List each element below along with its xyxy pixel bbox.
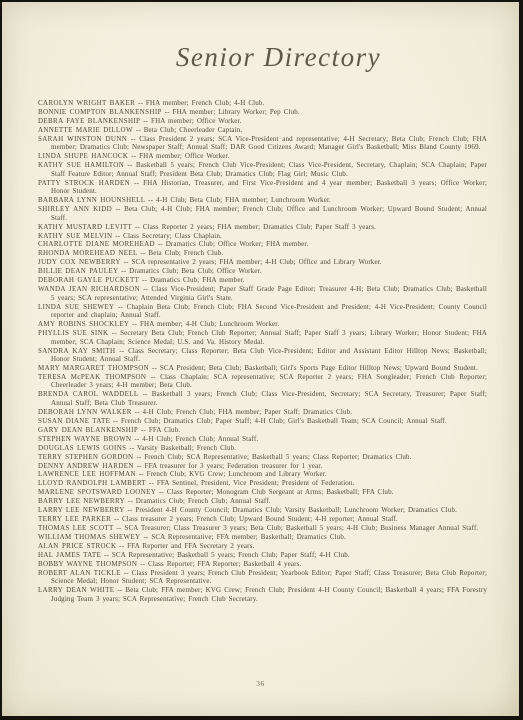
entry-separator: -- [133, 453, 144, 461]
directory-entry: PATTY STROCK HARDEN -- FHA Historian, Tr… [38, 179, 487, 196]
student-name: DEBORAH GAYLE PUCKETT [38, 276, 139, 284]
entry-separator: -- [114, 586, 125, 594]
directory-entry: ANNETTE MARIE DILLOW -- Beta Club; Cheer… [38, 126, 487, 135]
directory-entry: LARRY LEE NEWBERRY -- President 4-H Coun… [38, 506, 487, 515]
directory-entry: BOBBY WAYNE THOMPSON -- Class Reporter; … [38, 560, 487, 569]
directory-entry: SHIRLEY ANN KIDD -- Beta Club; 4-H Club;… [38, 205, 487, 222]
student-activities: 4-H Club; French Club; FHA member; Paper… [143, 408, 353, 416]
entry-separator: -- [124, 161, 136, 169]
directory-entry: DEBORAH LYNN WALKER -- 4-H Club; French … [38, 408, 487, 417]
student-activities: FFA Reporter and FFA Secretary 2 years. [127, 542, 254, 550]
entry-separator: -- [115, 347, 128, 355]
entry-separator: -- [114, 303, 126, 311]
directory-entry: KATHY MUSTARD LEVITT -- Class Reporter 2… [38, 223, 487, 232]
student-activities: FFA treasurer for 3 years; Federation tr… [145, 462, 323, 470]
student-name: DOUGLAS LEWIS GOINS [38, 444, 126, 452]
student-name: RHONDA MOREHEAD NEEL [38, 249, 138, 257]
entry-separator: -- [134, 462, 145, 470]
student-activities: FHA member; 4-H Club; Lunchroom Worker. [140, 320, 279, 328]
student-name: TERESA McPEAK THOMPSON [38, 373, 146, 381]
student-name: SHIRLEY ANN KIDD [38, 205, 112, 213]
student-activities: Class treasurer 2 years; French Club; Up… [122, 515, 398, 523]
student-name: WANDA JEAN RICHARDSON [38, 285, 140, 293]
entry-separator: -- [140, 117, 151, 125]
student-activities: French Club; KVG Crew; Lunchroom and Lib… [147, 470, 327, 478]
entry-separator: -- [101, 551, 112, 559]
entry-separator: -- [135, 99, 146, 107]
student-activities: Class Secretary; Class Chaplain. [123, 232, 222, 240]
student-activities: Dramatics Club; Office Worker; FHA membe… [166, 240, 309, 248]
entry-separator: -- [127, 135, 139, 143]
directory-entry: DEBRA FAYE BLANKENSHIP -- FHA member; Of… [38, 117, 487, 126]
student-activities: Varsity Basketball; French Club. [137, 444, 236, 452]
page-title: Senior Directory [20, 42, 523, 73]
directory-entry: BARBARA LYNN HOUNSHELL -- 4-H Club; Beta… [38, 196, 487, 205]
student-name: ROBERT ALAN TICKLE [38, 569, 121, 577]
entry-separator: -- [139, 390, 152, 398]
entry-separator: -- [145, 196, 156, 204]
student-activities: SCA representative 2 years; FHA member; … [132, 258, 382, 266]
directory-entry: WANDA JEAN RICHARDSON -- Class Vice-Pres… [38, 285, 487, 302]
student-name: BARBARA LYNN HOUNSHELL [38, 196, 145, 204]
student-name: LARRY LEE NEWBERRY [38, 506, 125, 514]
entry-separator: -- [162, 108, 173, 116]
student-activities: FHA member; Office Worker. [151, 117, 241, 125]
directory-entry: AMY ROBINS SHOCKLEY -- FHA member; 4-H C… [38, 320, 487, 329]
student-activities: FHA member; Office Worker. [139, 152, 229, 160]
entry-separator: -- [121, 258, 132, 266]
directory-entry: DEBORAH GAYLE PUCKETT -- Dramatics Club;… [38, 276, 487, 285]
student-activities: FFA Club. [149, 426, 180, 434]
entry-separator: -- [126, 444, 137, 452]
student-activities: French Club; SCA Representative; Basketb… [144, 453, 411, 461]
entry-separator: -- [132, 408, 143, 416]
entry-separator: -- [121, 569, 132, 577]
directory-entry: TERESA McPEAK THOMPSON -- Class Chaplain… [38, 373, 487, 390]
directory-entry: MARY MARGARET THOMPSON -- SCA President;… [38, 364, 487, 373]
yearbook-page: Senior Directory CAROLYN WRIGHT BAKER --… [0, 0, 523, 720]
directory-entry: CHARLOTTE DIANE MOREHEAD -- Dramatics Cl… [38, 240, 487, 249]
entry-separator: -- [125, 497, 136, 505]
student-name: STEPHEN WAYNE BROWN [38, 435, 131, 443]
student-activities: FHA member; Library Worker; Pep Club. [173, 108, 300, 116]
directory-entry: BILLIE DEAN PAULEY -- Dramatics Club; Be… [38, 267, 487, 276]
directory-entry: KATHY SUE MELVIN -- Class Secretary; Cla… [38, 232, 487, 241]
student-name: GARY DEAN BLANKENSHIP [38, 426, 138, 434]
entry-separator: -- [149, 364, 160, 372]
directory-entry: PHYLLIS SUE SINK -- Secretary Beta Club;… [38, 329, 487, 346]
student-name: LLOYD RANDOLPH LAMBERT [38, 479, 146, 487]
directory-entry: BONNIE COMPTON BLANKENSHIP -- FHA member… [38, 108, 487, 117]
student-name: BRENDA CAROL WADDELL [38, 390, 139, 398]
student-activities: Dramatics Club; FHA member. [150, 276, 245, 284]
student-name: KATHY MUSTARD LEVITT [38, 223, 132, 231]
student-activities: SCA Representative; FFA member; Basketba… [151, 533, 346, 541]
student-name: DEBORAH LYNN WALKER [38, 408, 132, 416]
entry-separator: -- [138, 249, 149, 257]
student-activities: FHA member; French Club; 4-H Club. [146, 99, 265, 107]
student-name: LINDA SHUPE HANCOCK [38, 152, 128, 160]
directory-entry: LLOYD RANDOLPH LAMBERT -- FFA Sentinel, … [38, 479, 487, 488]
directory-entry: THOMAS LEE SCOTT -- SCA Treasurer; Class… [38, 524, 487, 533]
directory-entry: SUSAN DIANE TATE -- French Club; Dramati… [38, 417, 487, 426]
student-name: TERRY LEE PARKER [38, 515, 111, 523]
student-name: CAROLYN WRIGHT BAKER [38, 99, 135, 107]
entry-separator: -- [146, 373, 160, 381]
student-activities: Beta Club; Cheerleader Captain. [144, 126, 243, 134]
entry-separator: -- [137, 560, 148, 568]
student-name: BILLIE DEAN PAULEY [38, 267, 118, 275]
entry-separator: -- [125, 506, 136, 514]
entry-separator: -- [111, 515, 122, 523]
student-name: SARAH WINSTON DUNN [38, 135, 127, 143]
student-activities: 4-H Club; Beta Club; FHA member; Lunchro… [156, 196, 331, 204]
directory-entry: LARRY DEAN WHITE -- Beta Club; FFA membe… [38, 586, 487, 603]
directory-entry: LINDA SHUPE HANCOCK -- FHA member; Offic… [38, 152, 487, 161]
directory-entry: KATHY SUE HAMILTON -- Basketball 5 years… [38, 161, 487, 178]
student-name: BARRY LEE NEWBERRY [38, 497, 125, 505]
student-name: MARY MARGARET THOMPSON [38, 364, 149, 372]
directory-entry: LINDA SUE SHEWEY -- Chaplain Beta Club; … [38, 303, 487, 320]
page-number: 36 [2, 679, 519, 688]
student-name: PHYLLIS SUE SINK [38, 329, 108, 337]
student-name: CHARLOTTE DIANE MOREHEAD [38, 240, 155, 248]
directory-entry: ROBERT ALAN TICKLE -- Class President 3 … [38, 569, 487, 586]
entry-separator: -- [139, 276, 150, 284]
entry-separator: -- [108, 329, 120, 337]
directory-entry: ALAN PRICE STROCK -- FFA Reporter and FF… [38, 542, 487, 551]
student-activities: SCA Treasurer; Class Treasurer 3 years; … [124, 524, 478, 532]
entry-separator: -- [118, 267, 129, 275]
directory-list: CAROLYN WRIGHT BAKER -- FHA member; Fren… [38, 99, 487, 604]
student-name: SANDRA KAY SMITH [38, 347, 115, 355]
student-name: MARLENE SPOTSWARD LOONEY [38, 488, 156, 496]
directory-entry: GARY DEAN BLANKENSHIP -- FFA Club. [38, 426, 487, 435]
student-name: KATHY SUE HAMILTON [38, 161, 124, 169]
student-activities: Dramatics Club; Beta Club; Office Worker… [129, 267, 261, 275]
entry-separator: -- [156, 488, 167, 496]
directory-entry: DOUGLAS LEWIS GOINS -- Varsity Basketbal… [38, 444, 487, 453]
student-name: BOBBY WAYNE THOMPSON [38, 560, 137, 568]
entry-separator: -- [131, 435, 142, 443]
entry-separator: -- [155, 240, 166, 248]
entry-separator: -- [112, 232, 123, 240]
directory-entry: JUDY COX NEWBERRY -- SCA representative … [38, 258, 487, 267]
directory-entry: MARLENE SPOTSWARD LOONEY -- Class Report… [38, 488, 487, 497]
student-activities: FFA Sentinel, President, Vice President;… [157, 479, 355, 487]
student-name: PATTY STROCK HARDEN [38, 179, 130, 187]
student-name: ANNETTE MARIE DILLOW [38, 126, 133, 134]
entry-separator: -- [130, 179, 143, 187]
student-activities: French Club; Dramatics Club; Paper Staff… [121, 417, 447, 425]
student-name: SUSAN DIANE TATE [38, 417, 110, 425]
entry-separator: -- [140, 285, 152, 293]
student-name: LAWRENCE LEE HOFFMAN [38, 470, 136, 478]
student-name: LARRY DEAN WHITE [38, 586, 114, 594]
entry-separator: -- [114, 524, 125, 532]
student-name: TERRY STEPHEN GORDON [38, 453, 133, 461]
directory-entry: BRENDA CAROL WADDELL -- Basketball 3 yea… [38, 390, 487, 407]
student-activities: Beta Club; French Club. [148, 249, 223, 257]
student-name: WILLIAM THOMAS SHEWEY [38, 533, 141, 541]
student-name: KATHY SUE MELVIN [38, 232, 112, 240]
directory-entry: CAROLYN WRIGHT BAKER -- FHA member; Fren… [38, 99, 487, 108]
entry-separator: -- [136, 470, 147, 478]
directory-entry: TERRY LEE PARKER -- Class treasurer 2 ye… [38, 515, 487, 524]
directory-entry: DENNY ANDREW HARDEN -- FFA treasurer for… [38, 462, 487, 471]
student-activities: Class Reporter; Monogram Club Sergeant a… [167, 488, 394, 496]
directory-entry: TERRY STEPHEN GORDON -- French Club; SCA… [38, 453, 487, 462]
student-name: THOMAS LEE SCOTT [38, 524, 114, 532]
directory-entry: SANDRA KAY SMITH -- Class Secretary; Cla… [38, 347, 487, 364]
entry-separator: -- [132, 223, 143, 231]
student-activities: SCA President; Beta Club; Basketball; Gi… [160, 364, 478, 372]
entry-separator: -- [116, 542, 127, 550]
entry-separator: -- [110, 417, 121, 425]
entry-separator: -- [129, 320, 140, 328]
student-name: DENNY ANDREW HARDEN [38, 462, 134, 470]
student-activities: Class Reporter 2 years; FHA member; Dram… [143, 223, 376, 231]
entry-separator: -- [141, 533, 152, 541]
student-activities: 4-H Club; French Club; Annual Staff. [142, 435, 258, 443]
student-activities: Class Reporter; FFA Reporter; Basketball… [148, 560, 301, 568]
student-name: AMY ROBINS SHOCKLEY [38, 320, 129, 328]
entry-separator: -- [146, 479, 157, 487]
student-name: BONNIE COMPTON BLANKENSHIP [38, 108, 162, 116]
directory-entry: HAL JAMES TATE -- SCA Representative; Ba… [38, 551, 487, 560]
entry-separator: -- [133, 126, 144, 134]
entry-separator: -- [128, 152, 139, 160]
student-name: HAL JAMES TATE [38, 551, 101, 559]
student-activities: SCA Representative; Basketball 5 years; … [112, 551, 350, 559]
directory-entry: BARRY LEE NEWBERRY -- Dramatics Club; Fr… [38, 497, 487, 506]
directory-entry: LAWRENCE LEE HOFFMAN -- French Club; KVG… [38, 470, 487, 479]
directory-entry: WILLIAM THOMAS SHEWEY -- SCA Representat… [38, 533, 487, 542]
student-name: JUDY COX NEWBERRY [38, 258, 121, 266]
student-name: DEBRA FAYE BLANKENSHIP [38, 117, 140, 125]
directory-entry: SARAH WINSTON DUNN -- Class President 2 … [38, 135, 487, 152]
entry-separator: -- [138, 426, 149, 434]
student-activities: Dramatics Club; French Club; Annual Staf… [136, 497, 271, 505]
directory-entry: RHONDA MOREHEAD NEEL -- Beta Club; Frenc… [38, 249, 487, 258]
student-activities: President 4-H County Council; Dramatics … [135, 506, 457, 514]
entry-separator: -- [112, 205, 124, 213]
student-name: ALAN PRICE STROCK [38, 542, 116, 550]
directory-entry: STEPHEN WAYNE BROWN -- 4-H Club; French … [38, 435, 487, 444]
student-name: LINDA SUE SHEWEY [38, 303, 114, 311]
